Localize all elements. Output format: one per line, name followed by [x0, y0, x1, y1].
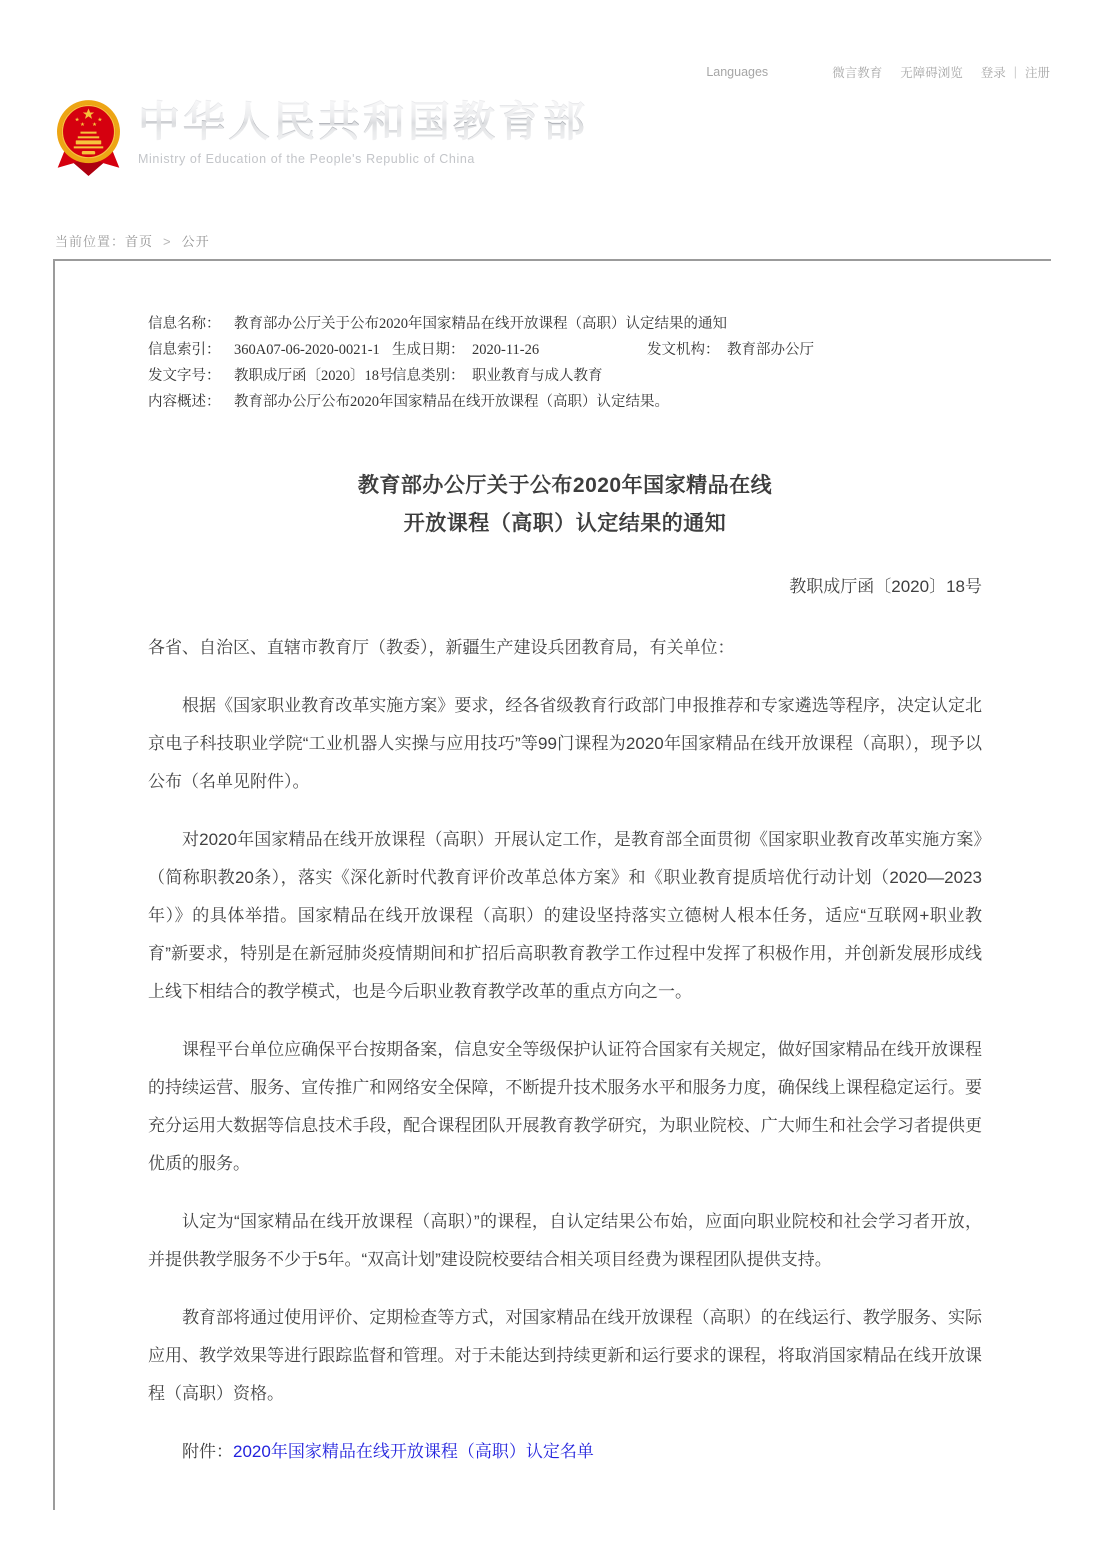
document-content-panel: 信息名称： 教育部办公厅关于公布2020年国家精品在线开放课程（高职）认定结果的… [53, 259, 1051, 1510]
weiyan-education-link[interactable]: 微言教育 [832, 63, 882, 81]
meta-index-label: 信息索引： [148, 337, 234, 363]
breadcrumb: 当前位置：首页>公开 [55, 231, 210, 250]
breadcrumb-home-link[interactable]: 首页 [125, 234, 153, 249]
meta-summary-label: 内容概述： [148, 389, 234, 415]
paragraph-5: 教育部将通过使用评价、定期检查等方式，对国家精品在线开放课程（高职）的在线运行、… [148, 1299, 982, 1413]
login-link[interactable]: 登录 [981, 63, 1006, 81]
meta-name-label: 信息名称： [148, 311, 234, 337]
meta-summary-value: 教育部办公厅公布2020年国家精品在线开放课程（高职）认定结果。 [234, 389, 982, 415]
meta-agency-label: 发文机构： [647, 337, 727, 363]
article-title-line2: 开放课程（高职）认定结果的通知 [148, 505, 982, 543]
breadcrumb-current-link[interactable]: 公开 [182, 234, 210, 249]
attachment-row: 附件：2020年国家精品在线开放课程（高职）认定名单 [148, 1433, 982, 1471]
paragraph-2: 对2020年国家精品在线开放课程（高职）开展认定工作，是教育部全面贯彻《国家职业… [148, 821, 982, 1011]
breadcrumb-separator: > [163, 234, 172, 249]
meta-row-docno: 发文字号： 教职成厅函〔2020〕18号 信息类别： 职业教育与成人教育 [148, 363, 982, 389]
top-utility-nav: Languages 微言教育 无障碍浏览 登录 | 注册 [706, 63, 1050, 81]
meta-row-index: 信息索引： 360A07-06-2020-0021-1 生成日期： 2020-1… [148, 337, 982, 363]
meta-category-label: 信息类别： [392, 363, 472, 389]
breadcrumb-label: 当前位置： [55, 234, 125, 249]
article-title: 教育部办公厅关于公布2020年国家精品在线 开放课程（高职）认定结果的通知 [148, 467, 982, 543]
meta-docno-label: 发文字号： [148, 363, 234, 389]
article-title-line1: 教育部办公厅关于公布2020年国家精品在线 [148, 467, 982, 505]
document-number: 教职成厅函〔2020〕18号 [148, 575, 982, 599]
site-wordmark: 中华人民共和国教育部 Ministry of Education of the … [138, 97, 588, 166]
site-header-logo[interactable]: 中华人民共和国教育部 Ministry of Education of the … [55, 97, 588, 181]
meta-name-value: 教育部办公厅关于公布2020年国家精品在线开放课程（高职）认定结果的通知 [234, 311, 982, 337]
meta-index-value: 360A07-06-2020-0021-1 [234, 337, 392, 363]
attachment-link[interactable]: 2020年国家精品在线开放课程（高职）认定名单 [233, 1442, 594, 1461]
meta-agency-value: 教育部办公厅 [727, 337, 982, 363]
meta-row-name: 信息名称： 教育部办公厅关于公布2020年国家精品在线开放课程（高职）认定结果的… [148, 311, 982, 337]
paragraph-4: 认定为“国家精品在线开放课程（高职）”的课程，自认定结果公布始，应面向职业院校和… [148, 1203, 982, 1279]
salutation: 各省、自治区、直辖市教育厅（教委），新疆生产建设兵团教育局，有关单位： [148, 629, 982, 667]
languages-link[interactable]: Languages [706, 65, 768, 79]
paragraph-1: 根据《国家职业教育改革实施方案》要求，经各省级教育行政部门申报推荐和专家遴选等程… [148, 687, 982, 801]
meta-docno-value: 教职成厅函〔2020〕18号 [234, 363, 392, 389]
meta-category-value: 职业教育与成人教育 [472, 363, 982, 389]
accessibility-link[interactable]: 无障碍浏览 [900, 63, 963, 81]
attachment-label: 附件： [182, 1442, 233, 1461]
site-title: 中华人民共和国教育部 [138, 99, 588, 145]
login-register-divider: | [1014, 65, 1017, 79]
meta-date-label: 生成日期： [392, 337, 472, 363]
meta-date-value: 2020-11-26 [472, 337, 647, 363]
document-metadata: 信息名称： 教育部办公厅关于公布2020年国家精品在线开放课程（高职）认定结果的… [148, 311, 982, 415]
paragraph-3: 课程平台单位应确保平台按期备案，信息安全等级保护认证符合国家有关规定，做好国家精… [148, 1031, 982, 1183]
china-national-emblem-icon [55, 97, 122, 181]
register-link[interactable]: 注册 [1025, 63, 1050, 81]
meta-row-summary: 内容概述： 教育部办公厅公布2020年国家精品在线开放课程（高职）认定结果。 [148, 389, 982, 415]
site-subtitle: Ministry of Education of the People's Re… [138, 152, 588, 166]
